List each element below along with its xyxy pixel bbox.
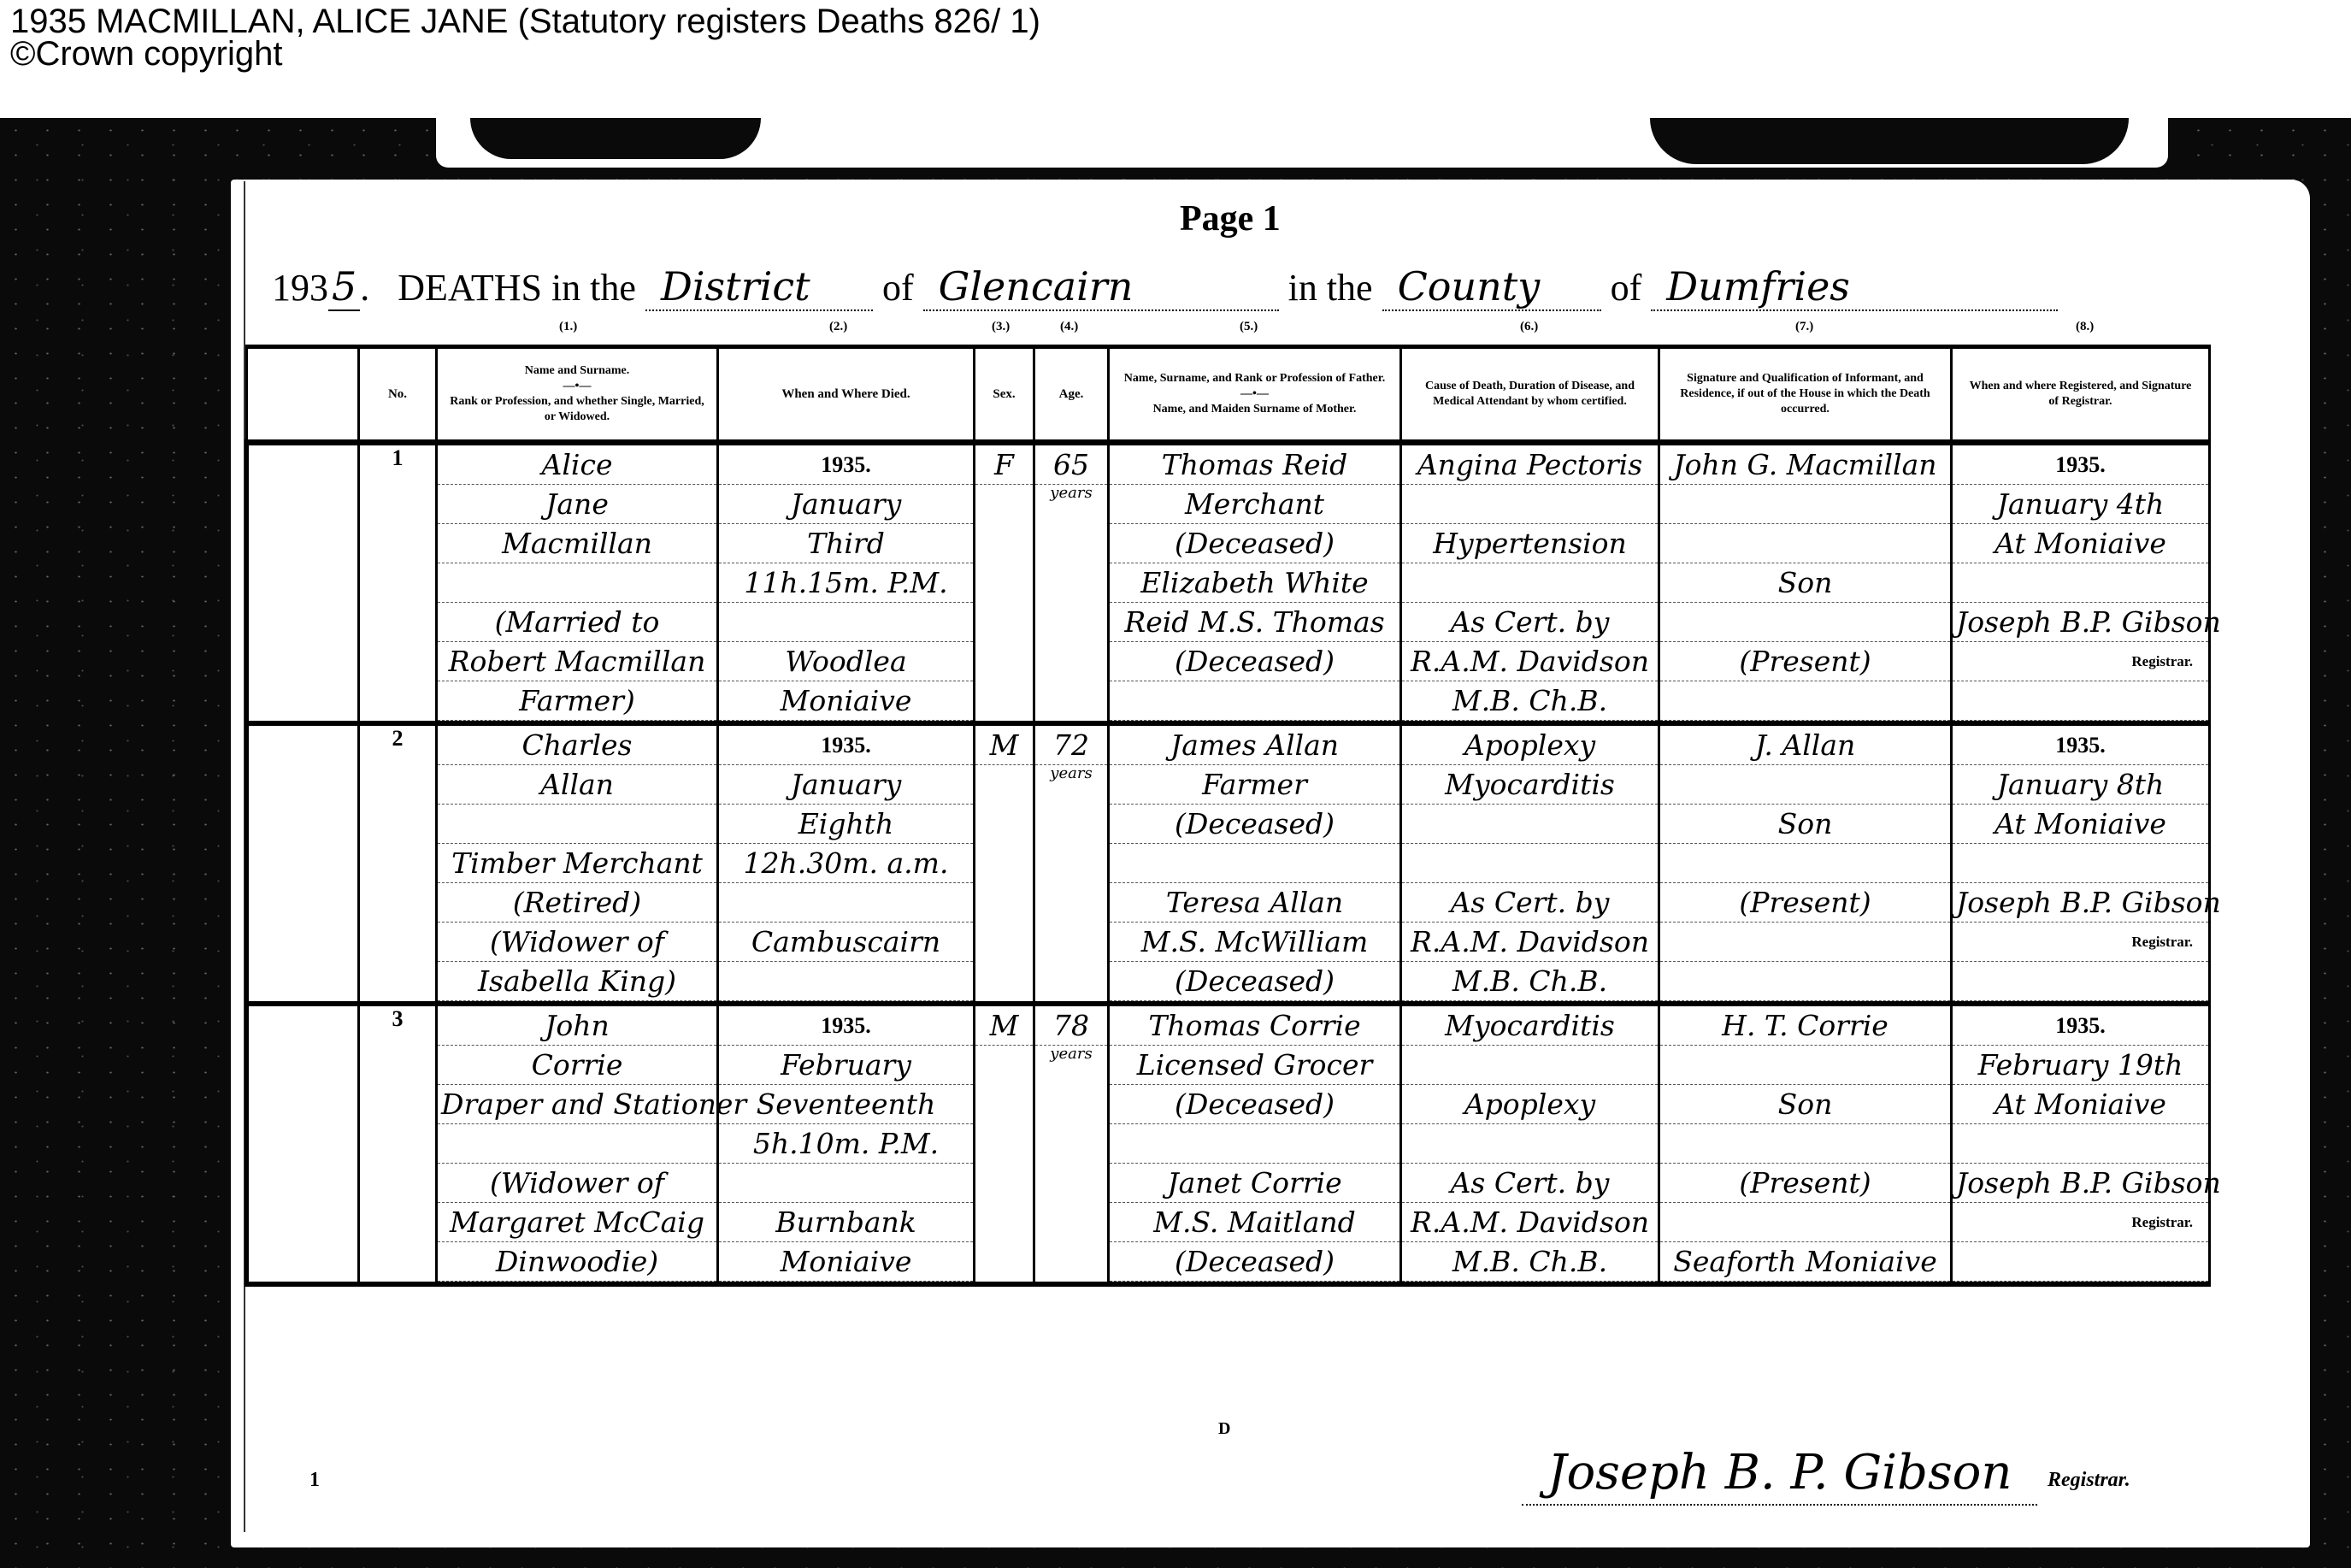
deceased-name-cell-line: (Married to xyxy=(438,603,716,642)
registration-cell-line: 1935. xyxy=(1953,1006,2208,1046)
registration-cell-line: 1935. xyxy=(1953,726,2208,765)
deceased-name-cell-line: Jane xyxy=(438,485,716,524)
year-suffix: . xyxy=(360,267,369,309)
column-number: (2.) xyxy=(829,320,847,334)
informant-cell: J. AllanSon(Present) xyxy=(1659,723,1952,1004)
page-number: 1 xyxy=(309,1469,320,1492)
cause-of-death-cell-line: M.B. Ch.B. xyxy=(1402,962,1658,1001)
column-number: (4.) xyxy=(1060,320,1078,334)
registration-cell-line: 1935. xyxy=(1953,445,2208,485)
parents-cell-line: (Deceased) xyxy=(1110,962,1399,1001)
when-where-died-cell-line xyxy=(719,962,973,1001)
registration-cell-line xyxy=(1953,844,2208,883)
parents-cell-line xyxy=(1110,1124,1399,1164)
cause-of-death-cell-line: R.A.M. Davidson xyxy=(1402,923,1658,962)
sex-value: M xyxy=(975,1006,1033,1046)
registration-cell-line xyxy=(1953,1242,2208,1282)
informant-cell-line xyxy=(1660,603,1950,642)
registration-cell-line: Joseph B.P. Gibson xyxy=(1953,1164,2208,1203)
parents-cell-line: Reid M.S. Thomas xyxy=(1110,603,1399,642)
registration-cell-line: At Moniaive xyxy=(1953,524,2208,563)
when-where-died-cell-line: Cambuscairn xyxy=(719,923,973,962)
cause-of-death-cell-line xyxy=(1402,1124,1658,1164)
parents-cell-line: (Deceased) xyxy=(1110,1085,1399,1124)
of-label-2: of xyxy=(1611,267,1642,309)
deceased-name-cell-line: Isabella King) xyxy=(438,962,716,1001)
column-number: (8.) xyxy=(2076,320,2094,334)
entry-number: 1 xyxy=(359,443,437,724)
parents-cell: Thomas ReidMerchant(Deceased)Elizabeth W… xyxy=(1109,443,1401,724)
when-where-died-cell-line: 1935. xyxy=(719,1006,973,1046)
parents-cell-line: Elizabeth White xyxy=(1110,563,1399,603)
cause-of-death-cell-line xyxy=(1402,563,1658,603)
informant-cell-line xyxy=(1660,485,1950,524)
cause-of-death-cell-line xyxy=(1402,805,1658,844)
parents-cell-line: (Deceased) xyxy=(1110,805,1399,844)
cause-of-death-cell: Angina PectorisHypertensionAs Cert. byR.… xyxy=(1401,443,1659,724)
cause-of-death-cell-line xyxy=(1402,844,1658,883)
age-unit: years xyxy=(1035,1046,1107,1063)
when-where-died-cell-line xyxy=(719,883,973,923)
registration-cell-line xyxy=(1953,1124,2208,1164)
age-value: 78 xyxy=(1035,1006,1107,1046)
column-number: (3.) xyxy=(992,320,1010,334)
year-digit: 5 xyxy=(328,263,360,311)
registration-cell: 1935.January 8thAt MoniaiveJoseph B.P. G… xyxy=(1952,723,2210,1004)
deceased-name-cell-line: (Widower of xyxy=(438,1164,716,1203)
county-word: County xyxy=(1382,263,1601,311)
page-label: Page 1 xyxy=(1180,198,1281,239)
parents-cell-line: (Deceased) xyxy=(1110,524,1399,563)
column-header-age: Age. xyxy=(1034,347,1109,443)
informant-cell-line: (Present) xyxy=(1660,642,1950,681)
parents-cell-line: Licensed Grocer xyxy=(1110,1046,1399,1085)
registrar-label: Registrar. xyxy=(2048,1469,2130,1492)
parents-cell: James AllanFarmer(Deceased)Teresa AllanM… xyxy=(1109,723,1401,1004)
parents-cell-line: Merchant xyxy=(1110,485,1399,524)
cause-of-death-cell-line: As Cert. by xyxy=(1402,883,1658,923)
informant-cell-line: (Present) xyxy=(1660,1164,1950,1203)
informant-cell: H. T. CorrieSon(Present)Seaforth Moniaiv… xyxy=(1659,1004,1952,1284)
registration-cell-line: Registrar. xyxy=(1953,1203,2208,1242)
column-header-sex: Sex. xyxy=(975,347,1034,443)
cause-of-death-cell-line: Apoplexy xyxy=(1402,1085,1658,1124)
when-where-died-cell: 1935.FebruarySeventeenth5h.10m. P.M.Burn… xyxy=(718,1004,975,1284)
registration-cell-line: January 8th xyxy=(1953,765,2208,805)
cause-of-death-cell-line: Angina Pectoris xyxy=(1402,445,1658,485)
informant-cell-line xyxy=(1660,923,1950,962)
cause-of-death-cell-line: M.B. Ch.B. xyxy=(1402,1242,1658,1282)
cause-of-death-cell-line: As Cert. by xyxy=(1402,603,1658,642)
sex-cell: M xyxy=(975,1004,1034,1284)
cause-of-death-cell-line: M.B. Ch.B. xyxy=(1402,681,1658,721)
registration-cell-line xyxy=(1953,681,2208,721)
cause-of-death-cell-line: R.A.M. Davidson xyxy=(1402,642,1658,681)
informant-cell-line: J. Allan xyxy=(1660,726,1950,765)
cause-of-death-cell-line: Apoplexy xyxy=(1402,726,1658,765)
age-value: 72 xyxy=(1035,726,1107,765)
deceased-name-cell-line: Allan xyxy=(438,765,716,805)
age-cell: 65years xyxy=(1034,443,1109,724)
in-the-label: in the xyxy=(1288,267,1373,309)
informant-cell-line: Seaforth Moniaive xyxy=(1660,1242,1950,1282)
cause-of-death-cell: MyocarditisApoplexyAs Cert. byR.A.M. Dav… xyxy=(1401,1004,1659,1284)
column-header-blank xyxy=(247,347,359,443)
sex-value: F xyxy=(975,445,1033,485)
deceased-name-cell-line xyxy=(438,805,716,844)
registration-cell: 1935.February 19thAt MoniaiveJoseph B.P.… xyxy=(1952,1004,2210,1284)
informant-cell-line xyxy=(1660,1203,1950,1242)
deceased-name-cell-line: Robert Macmillan xyxy=(438,642,716,681)
column-header-name: Name and Surname. —•— Rank or Profession… xyxy=(437,347,718,443)
when-where-died-cell-line: Seventeenth xyxy=(719,1085,973,1124)
year-prefix: 193 xyxy=(272,267,328,309)
deceased-name-cell-line: Dinwoodie) xyxy=(438,1242,716,1282)
registration-cell-line: January 4th xyxy=(1953,485,2208,524)
registration-cell-line: Registrar. xyxy=(1953,642,2208,681)
column-header-informant: Signature and Qualification of Informant… xyxy=(1659,347,1952,443)
row-margin-cell xyxy=(247,723,359,1004)
informant-cell-line: H. T. Corrie xyxy=(1660,1006,1950,1046)
when-where-died-cell-line xyxy=(719,603,973,642)
deceased-name-cell-line: Macmillan xyxy=(438,524,716,563)
informant-cell-line: (Present) xyxy=(1660,883,1950,923)
parents-cell-line: M.S. Maitland xyxy=(1110,1203,1399,1242)
column-number: (6.) xyxy=(1520,320,1538,334)
deceased-name-cell-line: Alice xyxy=(438,445,716,485)
registration-cell: 1935.January 4thAt MoniaiveJoseph B.P. G… xyxy=(1952,443,2210,724)
when-where-died-cell-line: Moniaive xyxy=(719,681,973,721)
deceased-name-cell: AliceJaneMacmillan(Married toRobert Macm… xyxy=(437,443,718,724)
parents-cell-line: Thomas Corrie xyxy=(1110,1006,1399,1046)
row-margin-cell xyxy=(247,1004,359,1284)
cause-of-death-cell-line: Hypertension xyxy=(1402,524,1658,563)
when-where-died-cell-line xyxy=(719,1164,973,1203)
informant-cell-line: Son xyxy=(1660,1085,1950,1124)
column-number: (1.) xyxy=(559,320,577,334)
parents-cell-line: (Deceased) xyxy=(1110,1242,1399,1282)
table-row: 3JohnCorrieDraper and Stationer(Widower … xyxy=(247,1004,2210,1284)
column-number: (7.) xyxy=(1795,320,1813,334)
informant-cell-line xyxy=(1660,681,1950,721)
informant-cell-line: Son xyxy=(1660,563,1950,603)
county-name: Dumfries xyxy=(1651,263,2058,311)
informant-cell-line xyxy=(1660,524,1950,563)
page-letter: D xyxy=(1218,1419,1230,1439)
row-margin-cell xyxy=(247,443,359,724)
column-header-cause: Cause of Death, Duration of Disease, and… xyxy=(1401,347,1659,443)
deceased-name-cell: CharlesAllanTimber Merchant(Retired)(Wid… xyxy=(437,723,718,1004)
sex-cell: F xyxy=(975,443,1034,724)
age-cell: 78years xyxy=(1034,1004,1109,1284)
district-name: Glencairn xyxy=(923,263,1279,311)
registration-cell-line xyxy=(1953,962,2208,1001)
cause-of-death-cell-line: Myocarditis xyxy=(1402,1006,1658,1046)
when-where-died-cell-line: 11h.15m. P.M. xyxy=(719,563,973,603)
parents-cell-line: Thomas Reid xyxy=(1110,445,1399,485)
when-where-died-cell-line: Woodlea xyxy=(719,642,973,681)
table-row: 2CharlesAllanTimber Merchant(Retired)(Wi… xyxy=(247,723,2210,1004)
when-where-died-cell-line: 1935. xyxy=(719,445,973,485)
entry-number: 2 xyxy=(359,723,437,1004)
parents-cell-line: James Allan xyxy=(1110,726,1399,765)
sex-value: M xyxy=(975,726,1033,765)
registration-cell-line xyxy=(1953,563,2208,603)
column-number: (5.) xyxy=(1240,320,1258,334)
informant-cell: John G. MacmillanSon(Present) xyxy=(1659,443,1952,724)
copyright-notice: ©Crown copyright xyxy=(10,34,282,74)
cause-of-death-cell-line xyxy=(1402,1046,1658,1085)
cause-of-death-cell-line: R.A.M. Davidson xyxy=(1402,1203,1658,1242)
column-header-when-where: When and Where Died. xyxy=(718,347,975,443)
registrar-signature: Joseph B. P. Gibson xyxy=(1522,1445,2037,1506)
district-word: District xyxy=(645,263,873,311)
sex-cell: M xyxy=(975,723,1034,1004)
when-where-died-cell-line: Burnbank xyxy=(719,1203,973,1242)
age-value: 65 xyxy=(1035,445,1107,485)
deceased-name-cell-line: Margaret McCaig xyxy=(438,1203,716,1242)
age-unit: years xyxy=(1035,485,1107,502)
parents-cell-line: (Deceased) xyxy=(1110,642,1399,681)
informant-cell-line xyxy=(1660,1046,1950,1085)
when-where-died-cell-line: February xyxy=(719,1046,973,1085)
when-where-died-cell: 1935.JanuaryThird11h.15m. P.M.WoodleaMon… xyxy=(718,443,975,724)
parents-cell: Thomas CorrieLicensed Grocer(Deceased)Ja… xyxy=(1109,1004,1401,1284)
informant-cell-line xyxy=(1660,844,1950,883)
parents-cell-line: Farmer xyxy=(1110,765,1399,805)
informant-cell-line xyxy=(1660,962,1950,1001)
when-where-died-cell-line: January xyxy=(719,765,973,805)
age-unit: years xyxy=(1035,765,1107,782)
deceased-name-cell-line xyxy=(438,563,716,603)
table-row: 1AliceJaneMacmillan(Married toRobert Mac… xyxy=(247,443,2210,724)
informant-cell-line: John G. Macmillan xyxy=(1660,445,1950,485)
cause-of-death-cell: ApoplexyMyocarditisAs Cert. byR.A.M. Dav… xyxy=(1401,723,1659,1004)
when-where-died-cell-line: 12h.30m. a.m. xyxy=(719,844,973,883)
parents-cell-line: M.S. McWilliam xyxy=(1110,923,1399,962)
when-where-died-cell-line: Moniaive xyxy=(719,1242,973,1282)
column-header-no: No. xyxy=(359,347,437,443)
when-where-died-cell-line: Eighth xyxy=(719,805,973,844)
deceased-name-cell-line: Timber Merchant xyxy=(438,844,716,883)
column-header-parents: Name, Surname, and Rank or Profession of… xyxy=(1109,347,1401,443)
registration-cell-line: At Moniaive xyxy=(1953,805,2208,844)
informant-cell-line xyxy=(1660,1124,1950,1164)
deceased-name-cell-line: Farmer) xyxy=(438,681,716,721)
deceased-name-cell-line: (Retired) xyxy=(438,883,716,923)
registration-cell-line: February 19th xyxy=(1953,1046,2208,1085)
registration-cell-line: Joseph B.P. Gibson xyxy=(1953,603,2208,642)
when-where-died-cell-line: 5h.10m. P.M. xyxy=(719,1124,973,1164)
when-where-died-cell-line: 1935. xyxy=(719,726,973,765)
deceased-name-cell-line: Charles xyxy=(438,726,716,765)
table-header-row: No. Name and Surname. —•— Rank or Profes… xyxy=(247,347,2210,443)
deaths-in-the: DEATHS in the xyxy=(398,267,636,309)
column-header-registered: When and where Registered, and Signature… xyxy=(1952,347,2210,443)
cause-of-death-cell-line: Myocarditis xyxy=(1402,765,1658,805)
register-banner xyxy=(436,118,2168,168)
age-cell: 72years xyxy=(1034,723,1109,1004)
parents-cell-line: Janet Corrie xyxy=(1110,1164,1399,1203)
cause-of-death-cell-line: As Cert. by xyxy=(1402,1164,1658,1203)
deceased-name-cell-line: Corrie xyxy=(438,1046,716,1085)
deaths-register-table: No. Name and Surname. —•— Rank or Profes… xyxy=(245,345,2211,1287)
informant-cell-line xyxy=(1660,765,1950,805)
parents-cell-line xyxy=(1110,844,1399,883)
informant-cell-line: Son xyxy=(1660,805,1950,844)
when-where-died-cell: 1935.JanuaryEighth12h.30m. a.m.Cambuscai… xyxy=(718,723,975,1004)
registration-cell-line: Registrar. xyxy=(1953,923,2208,962)
parents-cell-line: Teresa Allan xyxy=(1110,883,1399,923)
register-heading: 1935. DEATHS in the District of Glencair… xyxy=(272,263,2058,311)
when-where-died-cell-line: Third xyxy=(719,524,973,563)
when-where-died-cell-line: January xyxy=(719,485,973,524)
deceased-name-cell-line: John xyxy=(438,1006,716,1046)
registration-cell-line: Joseph B.P. Gibson xyxy=(1953,883,2208,923)
of-label: of xyxy=(882,267,914,309)
deceased-name-cell: JohnCorrieDraper and Stationer(Widower o… xyxy=(437,1004,718,1284)
parents-cell-line xyxy=(1110,681,1399,721)
cause-of-death-cell-line xyxy=(1402,485,1658,524)
deceased-name-cell-line: (Widower of xyxy=(438,923,716,962)
entry-number: 3 xyxy=(359,1004,437,1284)
deceased-name-cell-line xyxy=(438,1124,716,1164)
deceased-name-cell-line: Draper and Stationer xyxy=(438,1085,716,1124)
registration-cell-line: At Moniaive xyxy=(1953,1085,2208,1124)
